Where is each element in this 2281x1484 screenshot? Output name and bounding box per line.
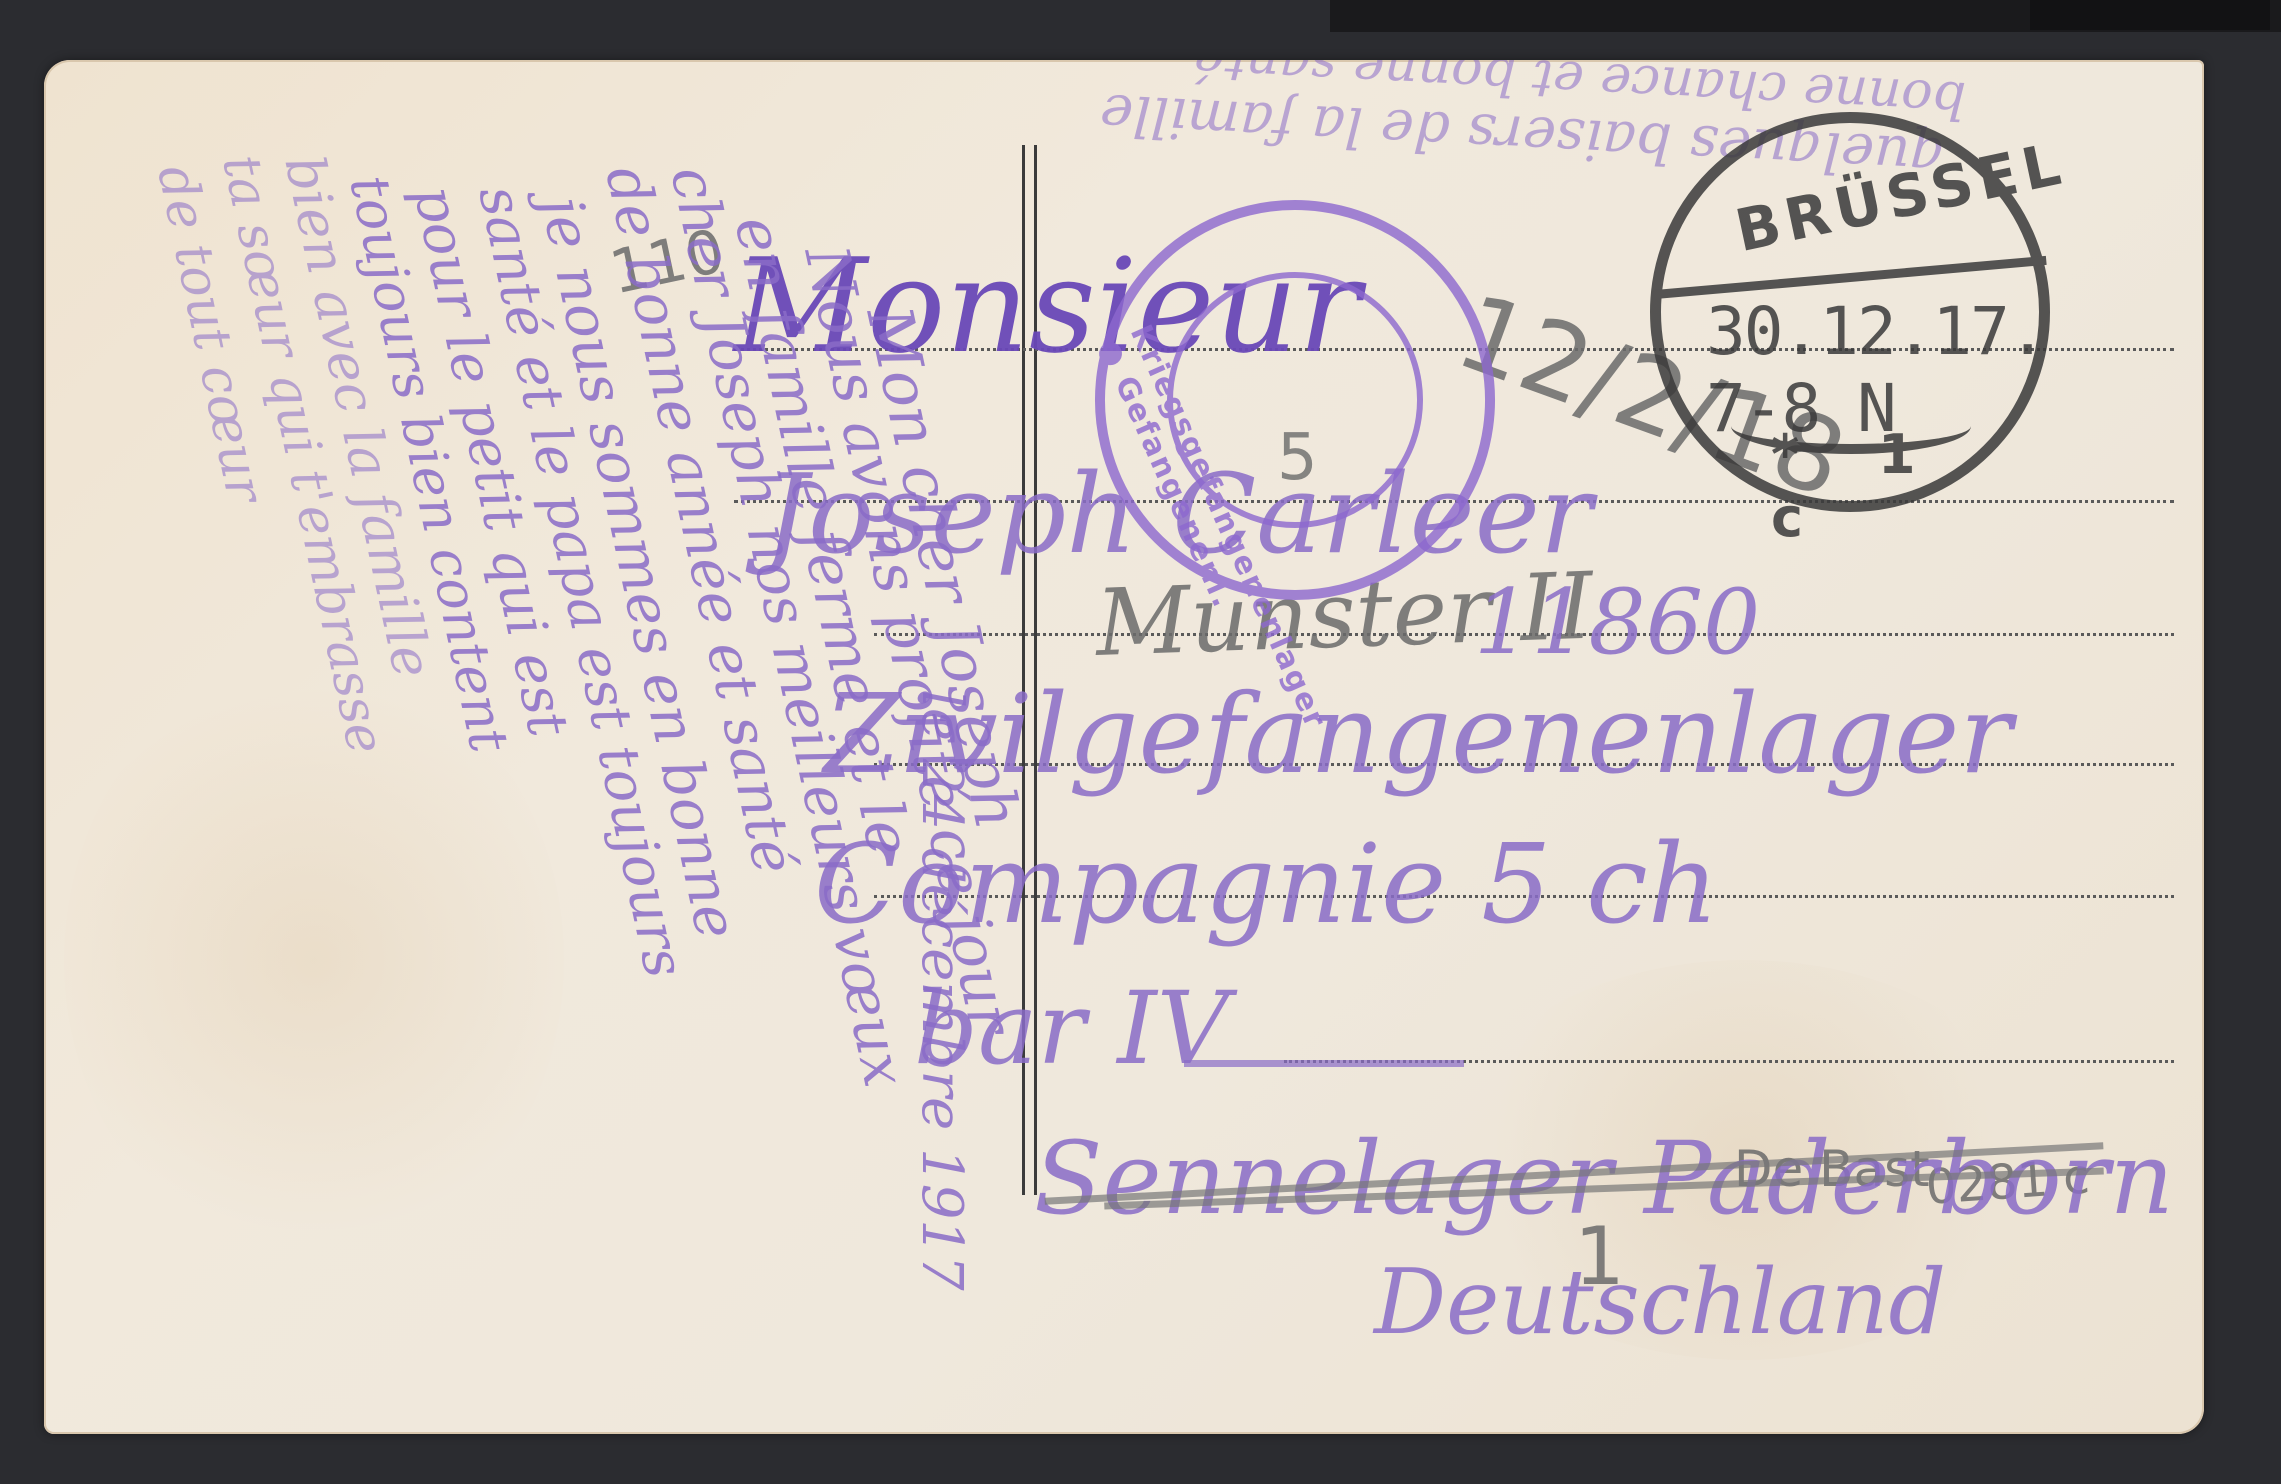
postmark-city: BRÜSSEL: [1730, 129, 2072, 265]
address-struck-line: Sennelager Paderborn: [1034, 1120, 2174, 1237]
address-country: Deutschland: [1374, 1250, 1946, 1355]
brussel-postmark: BRÜSSEL 30.12.17. 7-8 N * 1 c: [1650, 112, 2050, 512]
strike-through-barrack: [1184, 1060, 1464, 1067]
postmark-code: * 1 c: [1771, 423, 2039, 549]
camp-stamp-number: 5: [1277, 421, 1318, 495]
background-frame-edge: [2030, 0, 2270, 30]
prisoner-number: 11860: [1474, 570, 1760, 675]
